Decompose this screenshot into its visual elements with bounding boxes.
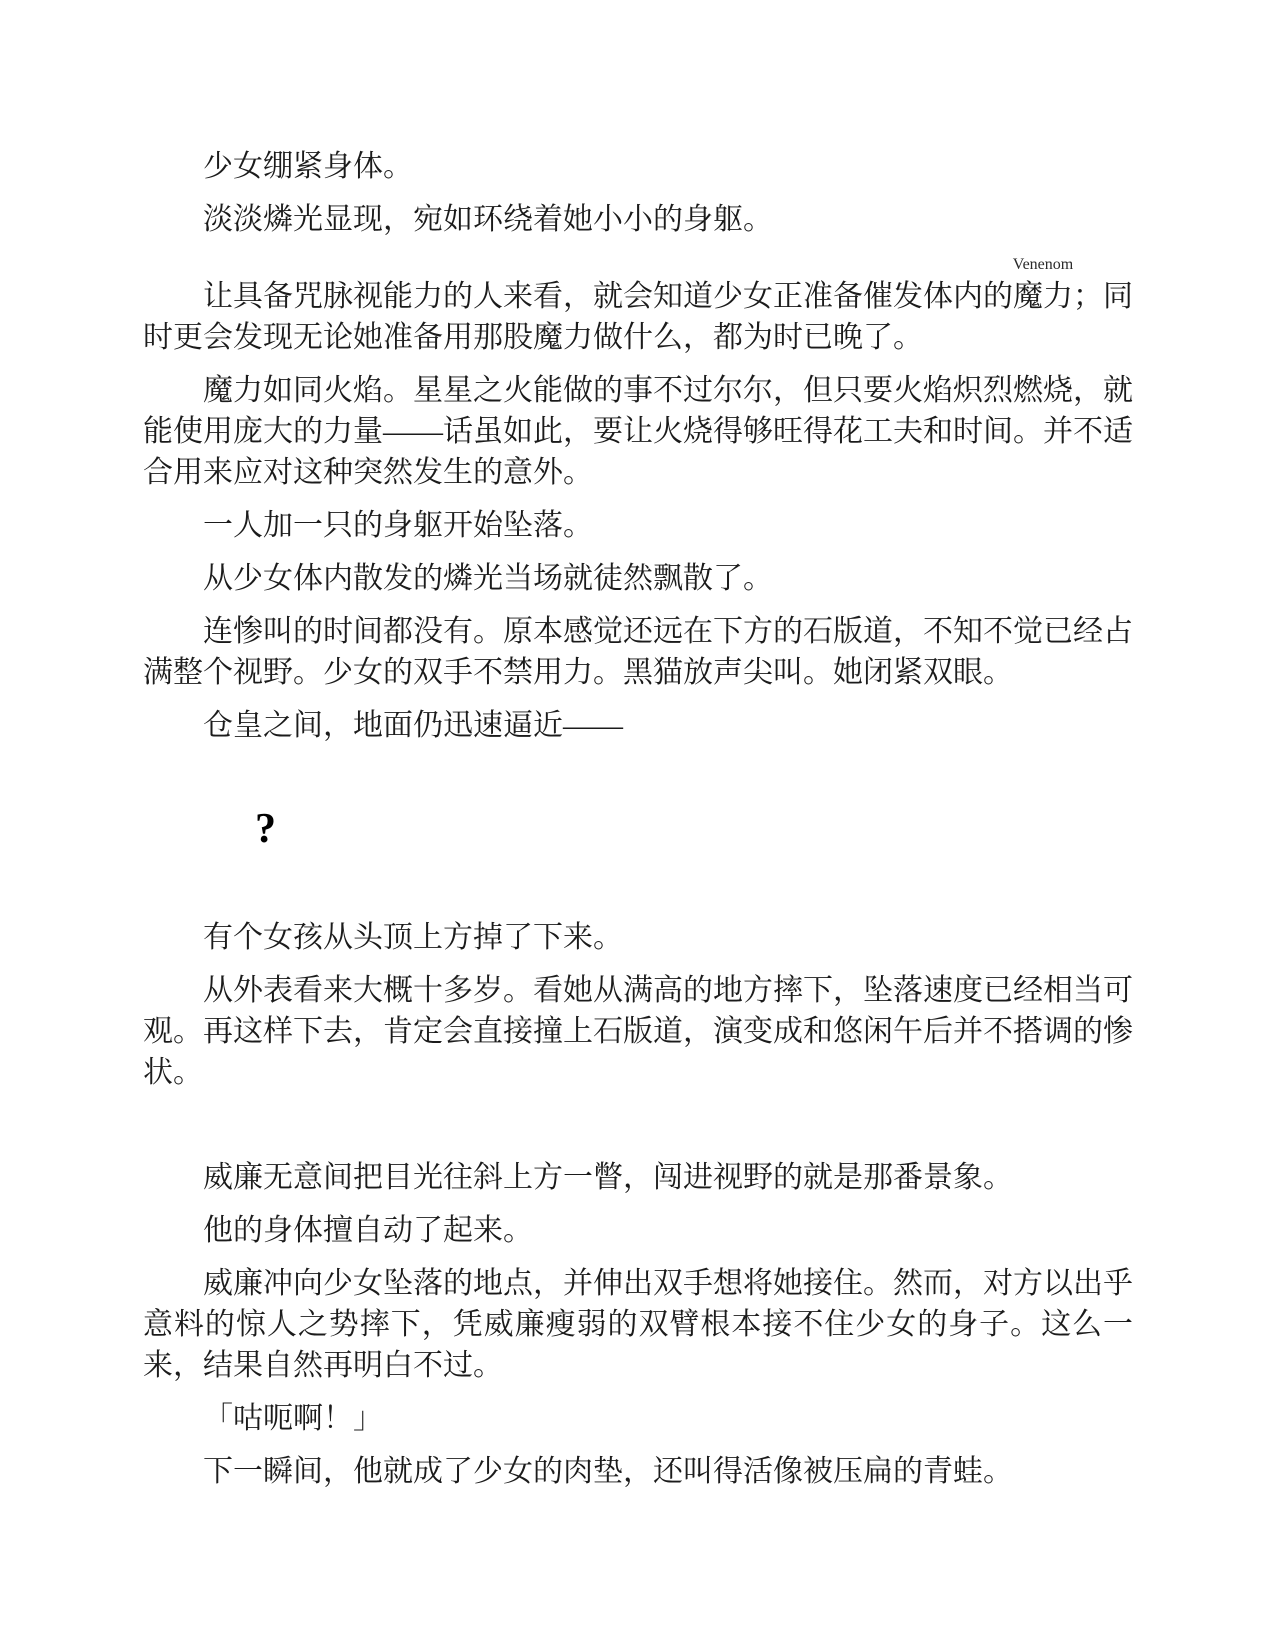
paragraph: 连惨叫的时间都没有。原本感觉还远在下方的石版道，不知不觉已经占满整个视野。少女的…	[143, 611, 1133, 693]
ruby-base: 魔力	[1013, 280, 1073, 313]
paragraph: 淡淡燐光显现，宛如环绕着她小小的身躯。	[143, 199, 1133, 240]
paragraph: 魔力如同火焰。星星之火能做的事不过尔尔，但只要火焰炽烈燃烧，就能使用庞大的力量—…	[143, 370, 1133, 493]
paragraph: 有个女孩从头顶上方掉了下来。	[143, 917, 1133, 958]
paragraph: 下一瞬间，他就成了少女的肉垫，还叫得活像被压扁的青蛙。	[143, 1451, 1133, 1492]
paragraph: 一人加一只的身躯开始坠落。	[143, 505, 1133, 546]
paragraph: 他的身体擅自动了起来。	[143, 1210, 1133, 1251]
paragraph: 少女绷紧身体。	[143, 146, 1133, 187]
novel-page: 少女绷紧身体。 淡淡燐光显现，宛如环绕着她小小的身躯。 让具备咒脉视能力的人来看…	[0, 0, 1275, 1650]
ruby-annotated-word: 魔力Venenom	[1013, 276, 1073, 317]
paragraph: 威廉冲向少女坠落的地点，并伸出双手想将她接住。然而，对方以出乎意料的惊人之势摔下…	[143, 1263, 1133, 1386]
paragraph-with-ruby: 让具备咒脉视能力的人来看，就会知道少女正准备催发体内的魔力Venenom；同时更…	[143, 276, 1133, 358]
paragraph: 威廉无意间把目光往斜上方一瞥，闯进视野的就是那番景象。	[143, 1157, 1133, 1198]
paragraph: 从少女体内散发的燐光当场就徒然飘散了。	[143, 558, 1133, 599]
scene-break-spacer	[143, 1105, 1133, 1145]
ruby-annotation: Venenom	[1013, 257, 1073, 273]
paragraph: 从外表看来大概十多岁。看她从满高的地方摔下，坠落速度已经相当可观。再这样下去，肯…	[143, 970, 1133, 1093]
paragraph: 「咕呃啊！」	[143, 1398, 1133, 1439]
paragraph-text: 让具备咒脉视能力的人来看，就会知道少女正准备催发体内的	[203, 280, 1013, 313]
section-break-marker: ?	[143, 801, 1133, 857]
paragraph: 仓皇之间，地面仍迅速逼近——	[143, 705, 1133, 746]
